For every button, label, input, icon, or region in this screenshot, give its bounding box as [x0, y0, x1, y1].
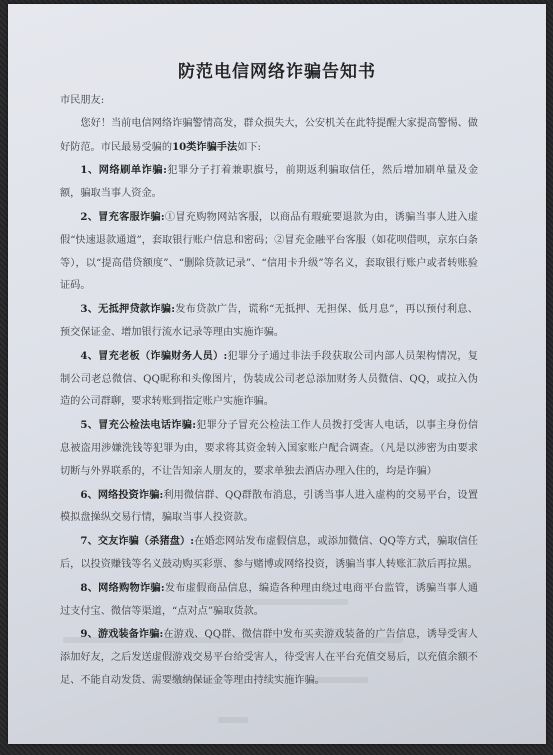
salutation: 市民朋友:	[60, 90, 478, 113]
fraud-item: 9、游戏装备诈骗:在游戏、QQ群、微信群中发布买卖游戏装备的广告信息，诱导受害人…	[60, 623, 478, 692]
fraud-item-heading: 8、网络购物诈骗:	[80, 582, 164, 594]
fraud-item-heading: 2、冒充客服诈骗:	[80, 211, 164, 223]
fraud-item: 2、冒充客服诈骗:①冒充购物网站客服，以商品有瑕疵要退款为由，诱骗当事人进入虚假…	[60, 206, 478, 298]
fraud-item: 8、网络购物诈骗:发布虚假商品信息，编造各种理由绕过电商平台监管，诱骗当事人通过…	[60, 577, 478, 624]
notice-paper: 防范电信网络诈骗告知书 市民朋友: 您好！当前电信网络诈骗警情高发，群众损失大，…	[8, 4, 546, 744]
intro-suffix: 如下:	[237, 142, 261, 153]
show-through-line	[218, 717, 248, 723]
fraud-item-body: ①冒充购物网站客服，以商品有瑕疵要退款为由，诱骗当事人进入虚假“快速退款通道”，…	[60, 212, 478, 291]
fraud-item-heading: 9、游戏装备诈骗:	[80, 628, 163, 640]
document-title: 防范电信网络诈骗告知书	[8, 57, 546, 82]
fraud-item: 4、冒充老板（诈骗财务人员）:犯罪分子通过非法手段获取公司内部人员架构情况，复制…	[60, 345, 478, 414]
fraud-item: 3、无抵押贷款诈骗:发布贷款广告，谎称“无抵押、无担保、低月息”，再以预付利息、…	[60, 298, 478, 345]
fraud-item-heading: 5、冒充公检法电话诈骗:	[80, 419, 196, 431]
intro-paragraph: 您好！当前电信网络诈骗警情高发，群众损失大，公安机关在此特提醒大家提高警惕、做好…	[60, 113, 478, 160]
fraud-item: 1、网络刷单诈骗:犯罪分子打着兼职旗号，前期返利骗取信任，然后增加刷单量及金额，…	[60, 159, 478, 206]
fraud-item: 6、网络投资诈骗:利用微信群、QQ群散布消息，引诱当事人进入虚构的交易平台，设置…	[60, 484, 478, 531]
fraud-item: 7、交友诈骗（杀猪盘）:在婚恋网站发布虚假信息，或添加微信、QQ等方式，骗取信任…	[60, 530, 478, 577]
fraud-item-heading: 6、网络投资诈骗:	[80, 489, 163, 501]
fraud-item-heading: 7、交友诈骗（杀猪盘）:	[80, 535, 194, 547]
fraud-item-heading: 3、无抵押贷款诈骗:	[80, 303, 175, 315]
fraud-item-heading: 4、冒充老板（诈骗财务人员）:	[80, 350, 227, 362]
intro-text: 您好！当前电信网络诈骗警情高发，群众损失大，公安机关在此特提醒大家提高警惕、做好…	[60, 118, 478, 153]
fraud-item-heading: 1、网络刷单诈骗:	[80, 164, 167, 176]
document-body: 市民朋友: 您好！当前电信网络诈骗警情高发，群众损失大，公安机关在此特提醒大家提…	[60, 90, 478, 693]
intro-emphasis: 10类诈骗手法	[172, 141, 237, 153]
fraud-item: 5、冒充公检法电话诈骗:犯罪分子冒充公检法工作人员拨打受害人电话，以事主身份信息…	[60, 414, 478, 483]
